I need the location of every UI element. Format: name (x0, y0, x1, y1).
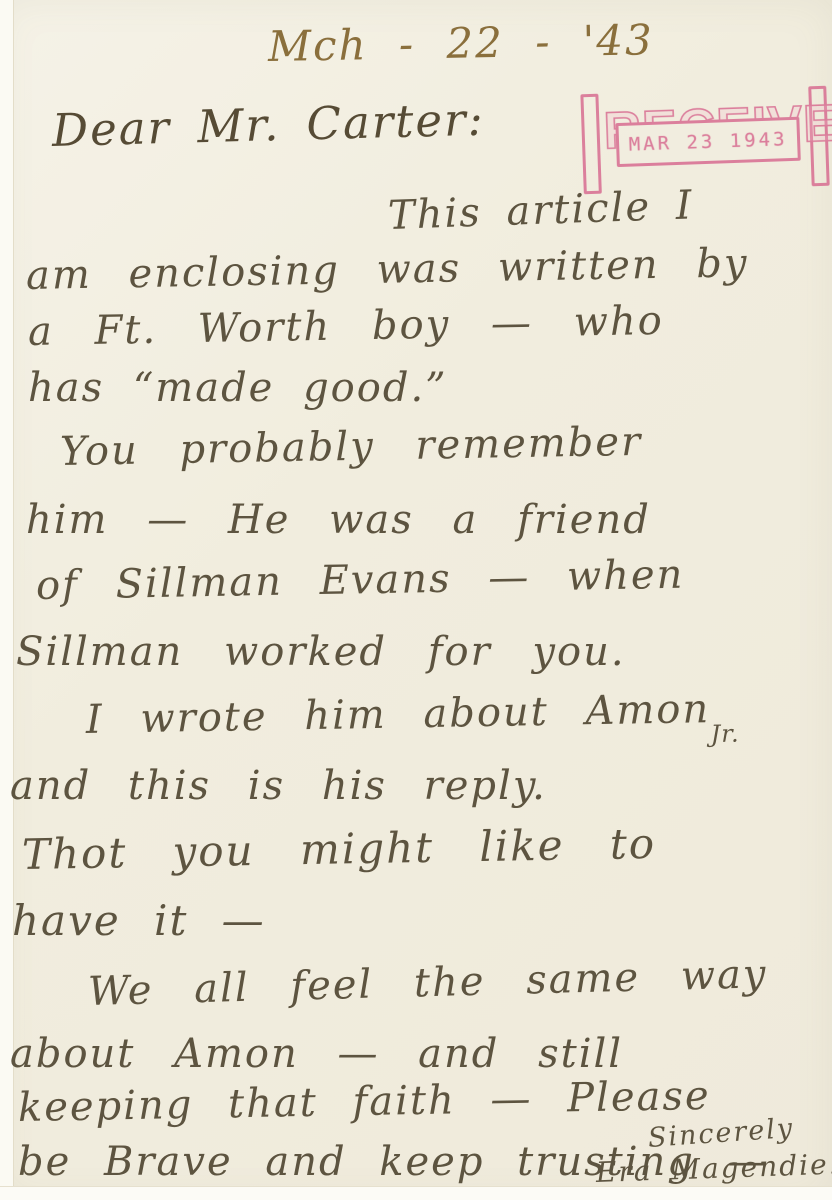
body-line: Sillman worked for you. (16, 630, 626, 674)
body-line: about Amon — and still (10, 1032, 623, 1076)
body-line: We all feel the same way (87, 952, 768, 1014)
paper-edge-left (0, 0, 14, 1200)
date-line: Mch - 22 - '43 (268, 17, 655, 70)
body-line: You probably remember (60, 420, 643, 474)
body-line: a Ft. Worth boy — who (28, 299, 664, 354)
salutation-line: Dear Mr. Carter: (51, 95, 485, 156)
body-line: am enclosing was written by (26, 241, 749, 298)
received-stamp: RECEIVED MAR 23 1943 (580, 82, 830, 197)
body-line: of Sillman Evans — when (36, 553, 685, 608)
stamp-date-box: MAR 23 1943 (615, 117, 800, 167)
closing-line: Sincerely (647, 1114, 795, 1154)
body-line: him — He was a friend (26, 498, 651, 542)
body-line: keeping that faith — Please (18, 1074, 711, 1130)
body-line-text: I wrote him about Amon (85, 686, 710, 743)
stamp-date: MAR 23 1943 (628, 128, 788, 156)
amon-jr-suffix: Jr. (710, 720, 740, 749)
stamp-left-bracket (580, 94, 601, 195)
body-line: and this is his reply. (10, 764, 547, 808)
body-line: Thot you might like to (22, 821, 657, 878)
body-line: I wrote him about AmonJr. (85, 687, 739, 759)
body-line: This article I (387, 183, 694, 238)
letter-scan: Mch - 22 - '43 RECEIVED MAR 23 1943 Dear… (0, 0, 832, 1200)
body-line: has “made good.” (28, 366, 448, 410)
body-line: have it — (12, 898, 266, 944)
paper-edge-bottom (0, 1186, 832, 1200)
signature-line: Era Magendie. (595, 1150, 832, 1189)
